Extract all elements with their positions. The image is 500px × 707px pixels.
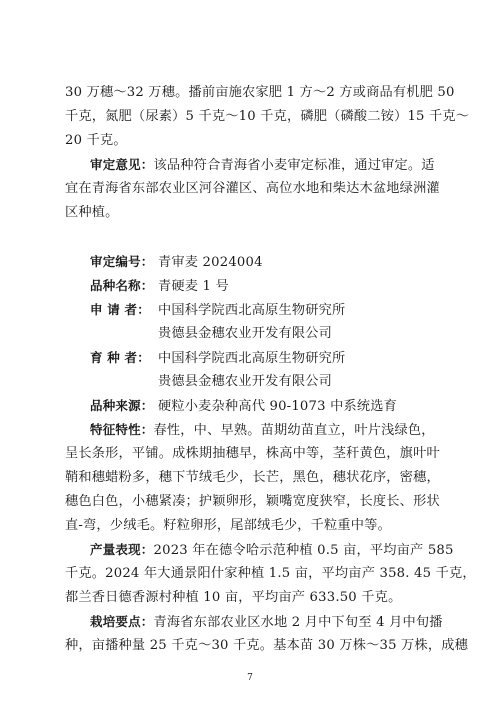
text-line: 都兰香日德香源村种植 10 亩，平均亩产 633.50 千克。: [65, 586, 445, 610]
applicant-field: 申 请 者：中国科学院西北高原生物研究所: [90, 298, 445, 323]
breeder-value: 中国科学院西北高原生物研究所: [158, 351, 345, 366]
text-line: 穗色白色，小穗紧凑；护颖卵形，颖嘴宽度狭窄，长度长、形状: [65, 490, 445, 514]
breeder-label: 育 种 者：: [90, 346, 158, 370]
text-line: 区种植。: [65, 201, 445, 225]
variety-name-field: 品种名称：青硬麦 1 号: [90, 274, 445, 299]
page-number: 7: [0, 673, 500, 683]
review-opinion-line: 审定意见：该品种符合青海省小麦审定标准，通过审定。适: [90, 153, 445, 178]
source-value: 硬粒小麦杂种高代 90-1073 中系统选育: [158, 399, 397, 414]
traits-text: 春性，中、早熟。苗期幼苗直立，叶片浅绿色，: [154, 423, 435, 438]
text-line: 千克。2024 年大通景阳什家种植 1.5 亩，平均亩产 358. 45 千克，: [65, 562, 445, 586]
text-line: 直-弯，少绒毛。籽粒卵形，尾部绒毛少，千粒重中等。: [65, 514, 445, 538]
breeder-field: 育 种 者：中国科学院西北高原生物研究所: [90, 346, 445, 371]
breeder-value-2: 贵德县金穗农业开发有限公司: [158, 370, 500, 394]
text-line: 30 万穗～32 万穗。播前亩施农家肥 1 方～2 方或商品有机肥 50: [65, 81, 445, 105]
approval-no-field: 审定编号：青审麦 2024004: [90, 250, 445, 275]
text-line: 鞘和穗蜡粉多，穗下节绒毛少，长芒，黑色，穗状花序，密穗，: [65, 466, 445, 490]
cultivation-label: 栽培要点：: [90, 614, 154, 629]
variety-name-value: 青硬麦 1 号: [158, 279, 229, 294]
cultivation-text: 青海省东部农业区水地 2 月中下旬至 4 月中旬播: [154, 615, 443, 630]
yield-line: 产量表现：2023 年在德令哈示范种植 0.5 亩，平均亩产 585: [90, 538, 445, 563]
traits-label: 特征特性：: [90, 422, 154, 437]
review-opinion-text: 该品种符合青海省小麦审定标准，通过审定。适: [154, 158, 435, 173]
text-line: 呈长条形，平铺。成株期抽穗早，株高中等，茎秆黄色，旗叶叶: [65, 442, 445, 466]
source-label: 品种来源：: [90, 394, 158, 418]
source-field: 品种来源：硬粒小麦杂种高代 90-1073 中系统选育: [90, 394, 445, 419]
applicant-value: 中国科学院西北高原生物研究所: [158, 303, 345, 318]
applicant-label: 申 请 者：: [90, 298, 158, 322]
approval-no-label: 审定编号：: [90, 250, 158, 274]
traits-line: 特征特性：春性，中、早熟。苗期幼苗直立，叶片浅绿色，: [90, 418, 445, 443]
applicant-value-2: 贵德县金穗农业开发有限公司: [158, 322, 500, 346]
text-line: 种，亩播种量 25 千克～30 千克。基本苗 30 万株～35 万株，成穗: [65, 634, 445, 658]
document-page: 30 万穗～32 万穗。播前亩施农家肥 1 方～2 方或商品有机肥 50 千克，…: [0, 0, 500, 707]
text-line: 宜在青海省东部农业区河谷灌区、高位水地和柴达木盆地绿洲灌: [65, 177, 445, 201]
text-line: 千克，氮肥（尿素）5 千克～10 千克，磷肥（磷酸二铵）15 千克～: [65, 105, 445, 129]
yield-label: 产量表现：: [90, 542, 154, 557]
review-opinion-label: 审定意见：: [90, 157, 154, 172]
yield-text: 2023 年在德令哈示范种植 0.5 亩，平均亩产 585: [154, 543, 454, 558]
text-line: 20 千克。: [65, 129, 445, 153]
variety-name-label: 品种名称：: [90, 274, 158, 298]
approval-no-value: 青审麦 2024004: [158, 255, 263, 270]
cultivation-line: 栽培要点：青海省东部农业区水地 2 月中下旬至 4 月中旬播: [90, 610, 445, 635]
